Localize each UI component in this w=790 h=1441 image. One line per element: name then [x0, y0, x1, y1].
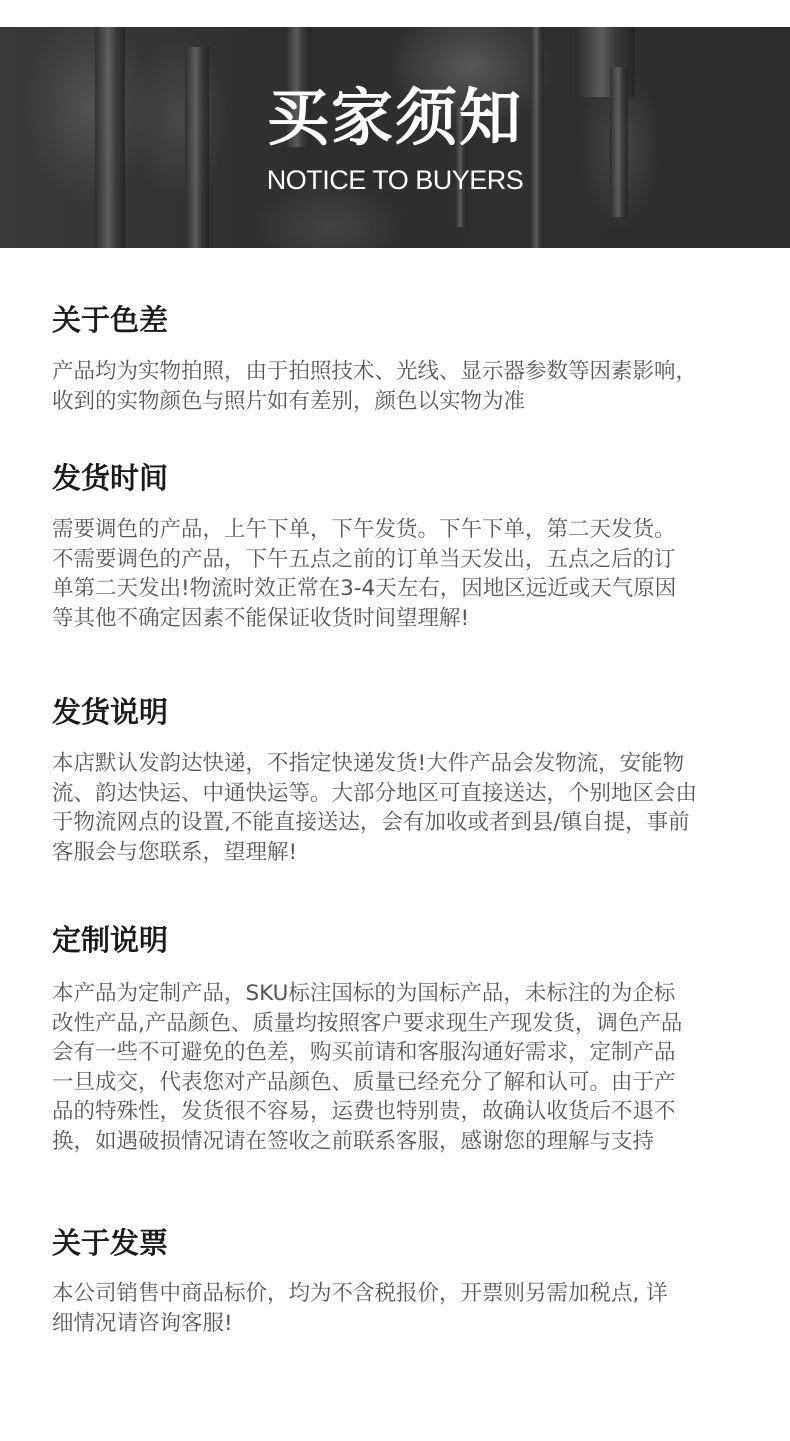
section-color-difference: 关于色差 产品均为实物拍照，由于拍照技术、光线、显示器参数等因素影响， 收到的实… [52, 302, 752, 338]
section-heading: 发货时间 [52, 460, 752, 496]
body-line: 本产品为定制产品，SKU标注国标的为国标产品，未标注的为企标 [52, 979, 742, 1009]
body-line: 本公司销售中商品标价，均为不含税报价，开票则另需加税点, 详 [52, 1279, 742, 1309]
body-line: 换，如遇破损情况请在签收之前联系客服，感谢您的理解与支持 [52, 1127, 742, 1157]
section-heading: 定制说明 [52, 922, 752, 958]
body-line: 细情况请咨询客服! [52, 1309, 742, 1339]
page-subtitle: NOTICE TO BUYERS [0, 163, 790, 197]
page-title: 买家须知 [0, 83, 790, 153]
section-body: 本公司销售中商品标价，均为不含税报价，开票则另需加税点, 详 细情况请咨询客服! [52, 1279, 742, 1338]
section-body: 本产品为定制产品，SKU标注国标的为国标产品，未标注的为企标 改性产品,产品颜色… [52, 979, 742, 1156]
body-line: 于物流网点的设置,不能直接送达，会有加收或者到县/镇自提，事前 [52, 808, 742, 838]
body-line: 本店默认发韵达快递，不指定快递发货!大件产品会发物流，安能物 [52, 749, 742, 779]
body-line: 一旦成交，代表您对产品颜色、质量已经充分了解和认可。由于产 [52, 1068, 742, 1098]
body-line: 改性产品,产品颜色、质量均按照客户要求现生产现发货，调色产品 [52, 1009, 742, 1039]
body-line: 单第二天发出!物流时效正常在3-4天左右，因地区远近或天气原因 [52, 574, 742, 604]
section-body: 产品均为实物拍照，由于拍照技术、光线、显示器参数等因素影响， 收到的实物颜色与照… [52, 357, 742, 416]
body-line: 不需要调色的产品，下午五点之前的订单当天发出，五点之后的订 [52, 545, 742, 575]
section-shipping-time: 发货时间 需要调色的产品，上午下单，下午发货。下午下单，第二天发货。 不需要调色… [52, 460, 752, 496]
section-shipping-notes: 发货说明 本店默认发韵达快递，不指定快递发货!大件产品会发物流，安能物 流、韵达… [52, 694, 752, 730]
section-customization-notes: 定制说明 本产品为定制产品，SKU标注国标的为国标产品，未标注的为企标 改性产品… [52, 922, 752, 958]
section-body: 本店默认发韵达快递，不指定快递发货!大件产品会发物流，安能物 流、韵达快运、中通… [52, 749, 742, 867]
body-line: 品的特殊性，发货很不容易，运费也特别贵，故确认收货后不退不 [52, 1097, 742, 1127]
section-heading: 发货说明 [52, 694, 752, 730]
body-line: 流、韵达快运、中通快运等。大部分地区可直接送达，个别地区会由 [52, 779, 742, 809]
body-line: 客服会与您联系，望理解! [52, 838, 742, 868]
body-line: 收到的实物颜色与照片如有差别，颜色以实物为准 [52, 387, 742, 417]
body-line: 会有一些不可避免的色差，购买前请和客服沟通好需求，定制产品 [52, 1038, 742, 1068]
body-line: 等其他不确定因素不能保证收货时间望理解! [52, 604, 742, 634]
section-heading: 关于色差 [52, 302, 752, 338]
section-invoice: 关于发票 本公司销售中商品标价，均为不含税报价，开票则另需加税点, 详 细情况请… [52, 1225, 752, 1261]
header-banner: 买家须知 NOTICE TO BUYERS [0, 27, 790, 248]
section-heading: 关于发票 [52, 1225, 752, 1261]
section-body: 需要调色的产品，上午下单，下午发货。下午下单，第二天发货。 不需要调色的产品，下… [52, 515, 742, 633]
body-line: 需要调色的产品，上午下单，下午发货。下午下单，第二天发货。 [52, 515, 742, 545]
body-line: 产品均为实物拍照，由于拍照技术、光线、显示器参数等因素影响， [52, 357, 742, 387]
